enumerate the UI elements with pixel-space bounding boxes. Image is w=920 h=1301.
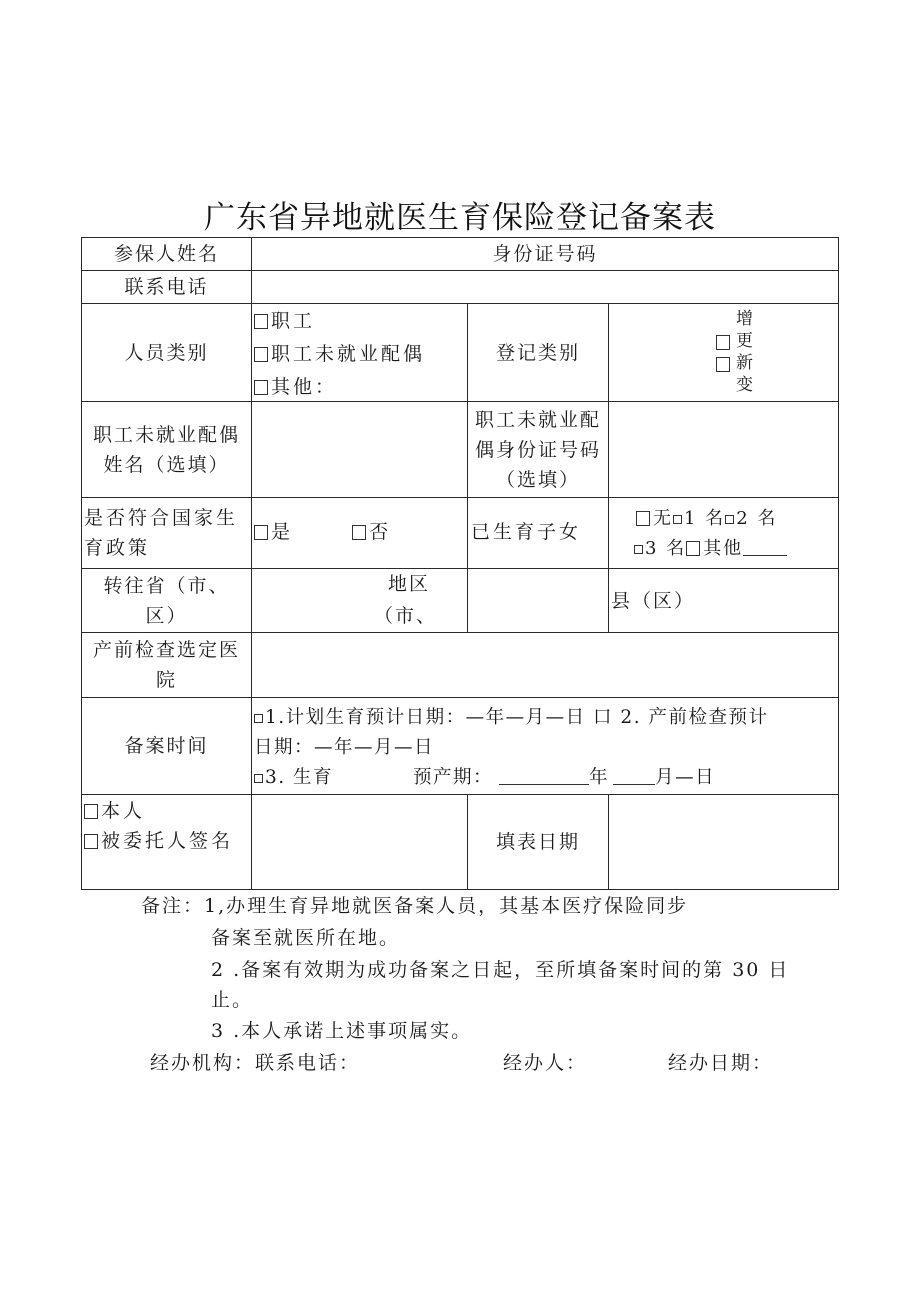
spouse-id-label: 职工未就业配 偶身份证号码 （选填） xyxy=(468,402,608,497)
checkbox[interactable] xyxy=(84,834,98,849)
filing-time-label: 备案时间 xyxy=(82,698,251,794)
checkbox-one[interactable] xyxy=(673,515,682,524)
policy-label: 是否符合国家生 育政策 xyxy=(84,503,251,568)
person-type-label: 人员类别 xyxy=(82,304,251,401)
checkbox-update[interactable] xyxy=(716,335,730,350)
fill-date-field[interactable] xyxy=(609,795,838,889)
handler-label: 经办人： xyxy=(503,1048,587,1078)
registration-type-options: 增 更 新 变 xyxy=(609,306,838,401)
note-2-cont: 止。 xyxy=(211,985,253,1015)
due-month-blank[interactable] xyxy=(613,764,655,785)
person-type-options: 职工 职工未就业配偶 其他： xyxy=(254,305,466,401)
option-delegate[interactable]: 被委托人签名 xyxy=(84,826,251,856)
checkbox-three[interactable] xyxy=(634,545,643,554)
checkbox-plan[interactable] xyxy=(254,714,263,723)
checkbox-none[interactable] xyxy=(636,511,650,526)
policy-options: 是 否 xyxy=(254,517,466,547)
spouse-id-field[interactable] xyxy=(609,402,838,497)
checkbox[interactable] xyxy=(84,804,98,819)
note-1: 备注：1,办理生育异地就医备案人员，其基本医疗保险同步 xyxy=(141,891,688,921)
reg-type-chars: 增 更 新 变 xyxy=(736,308,756,396)
insured-name-label: 参保人姓名 xyxy=(82,238,251,270)
checkbox[interactable] xyxy=(254,314,268,329)
children-line-1: 无1 名2 名 xyxy=(610,504,838,534)
hospital-label: 产前检查选定医 院 xyxy=(82,633,251,697)
checkbox[interactable] xyxy=(352,525,366,540)
checkbox-other[interactable] xyxy=(686,541,700,556)
option-yes[interactable]: 是 xyxy=(254,521,292,543)
table-border xyxy=(838,237,839,890)
signature-label: 本人 被委托人签名 xyxy=(84,796,251,889)
table-border xyxy=(81,889,839,890)
filing-option-1[interactable]: 1.计划生育预计日期：—年—月—日 口 2. 产前检查预计 xyxy=(254,703,838,733)
option-other[interactable]: 其他： xyxy=(254,371,466,404)
table-divider xyxy=(81,497,839,498)
option-spouse[interactable]: 职工未就业配偶 xyxy=(254,338,466,371)
children-options: 无1 名2 名 3 名其他 xyxy=(610,504,838,568)
option-employee[interactable]: 职工 xyxy=(254,305,466,338)
children-line-2: 3 名其他 xyxy=(610,534,838,564)
filing-option-3[interactable]: 3. 生育预产期：年月—日 xyxy=(254,763,838,793)
other-blank[interactable] xyxy=(743,535,787,556)
note-2: 2 .备案有效期为成功备案之日起，至所填备案时间的第 30 日 xyxy=(211,955,789,985)
id-number-label[interactable]: 身份证号码 xyxy=(252,238,838,270)
form-title: 广东省异地就医生育保险登记备案表 xyxy=(0,192,920,237)
spouse-name-field[interactable] xyxy=(252,402,467,497)
option-no[interactable]: 否 xyxy=(352,521,390,543)
table-divider xyxy=(251,237,252,890)
note-1-cont: 备案至就医所在地。 xyxy=(211,923,400,953)
note-3: 3 .本人承诺上述事项属实。 xyxy=(211,1016,472,1046)
signature-field[interactable] xyxy=(252,795,467,889)
checkbox[interactable] xyxy=(254,347,268,362)
phone-label: 联系电话 xyxy=(82,271,251,303)
agency-phone-label: 经办机构：联系电话： xyxy=(150,1048,360,1078)
due-year-blank[interactable] xyxy=(499,764,589,785)
transfer-region-field[interactable] xyxy=(468,569,608,632)
fill-date-label: 填表日期 xyxy=(468,795,608,889)
filing-option-2: 日期：—年—月—日 xyxy=(254,733,838,763)
checkbox-two[interactable] xyxy=(725,515,734,524)
checkbox-birth[interactable] xyxy=(254,774,263,783)
option-self[interactable]: 本人 xyxy=(84,796,251,826)
checkbox[interactable] xyxy=(254,525,268,540)
filing-time-options: 1.计划生育预计日期：—年—月—日 口 2. 产前检查预计 日期：—年—月—日 … xyxy=(254,703,838,793)
county-label: 县（区） xyxy=(611,586,838,616)
transfer-region-cell[interactable]: 地区 （市、 xyxy=(252,569,467,632)
spouse-name-label: 职工未就业配偶 姓名（选填） xyxy=(82,402,251,497)
registration-type-label: 登记类别 xyxy=(468,304,608,401)
phone-field[interactable] xyxy=(252,271,838,303)
handling-date-label: 经办日期： xyxy=(668,1048,773,1078)
hospital-field[interactable] xyxy=(252,633,838,697)
checkbox-change[interactable] xyxy=(716,357,730,372)
children-label: 已生育子女 xyxy=(471,517,608,547)
checkbox[interactable] xyxy=(254,380,268,395)
transfer-province-label: 转往省（市、 区） xyxy=(82,569,251,632)
